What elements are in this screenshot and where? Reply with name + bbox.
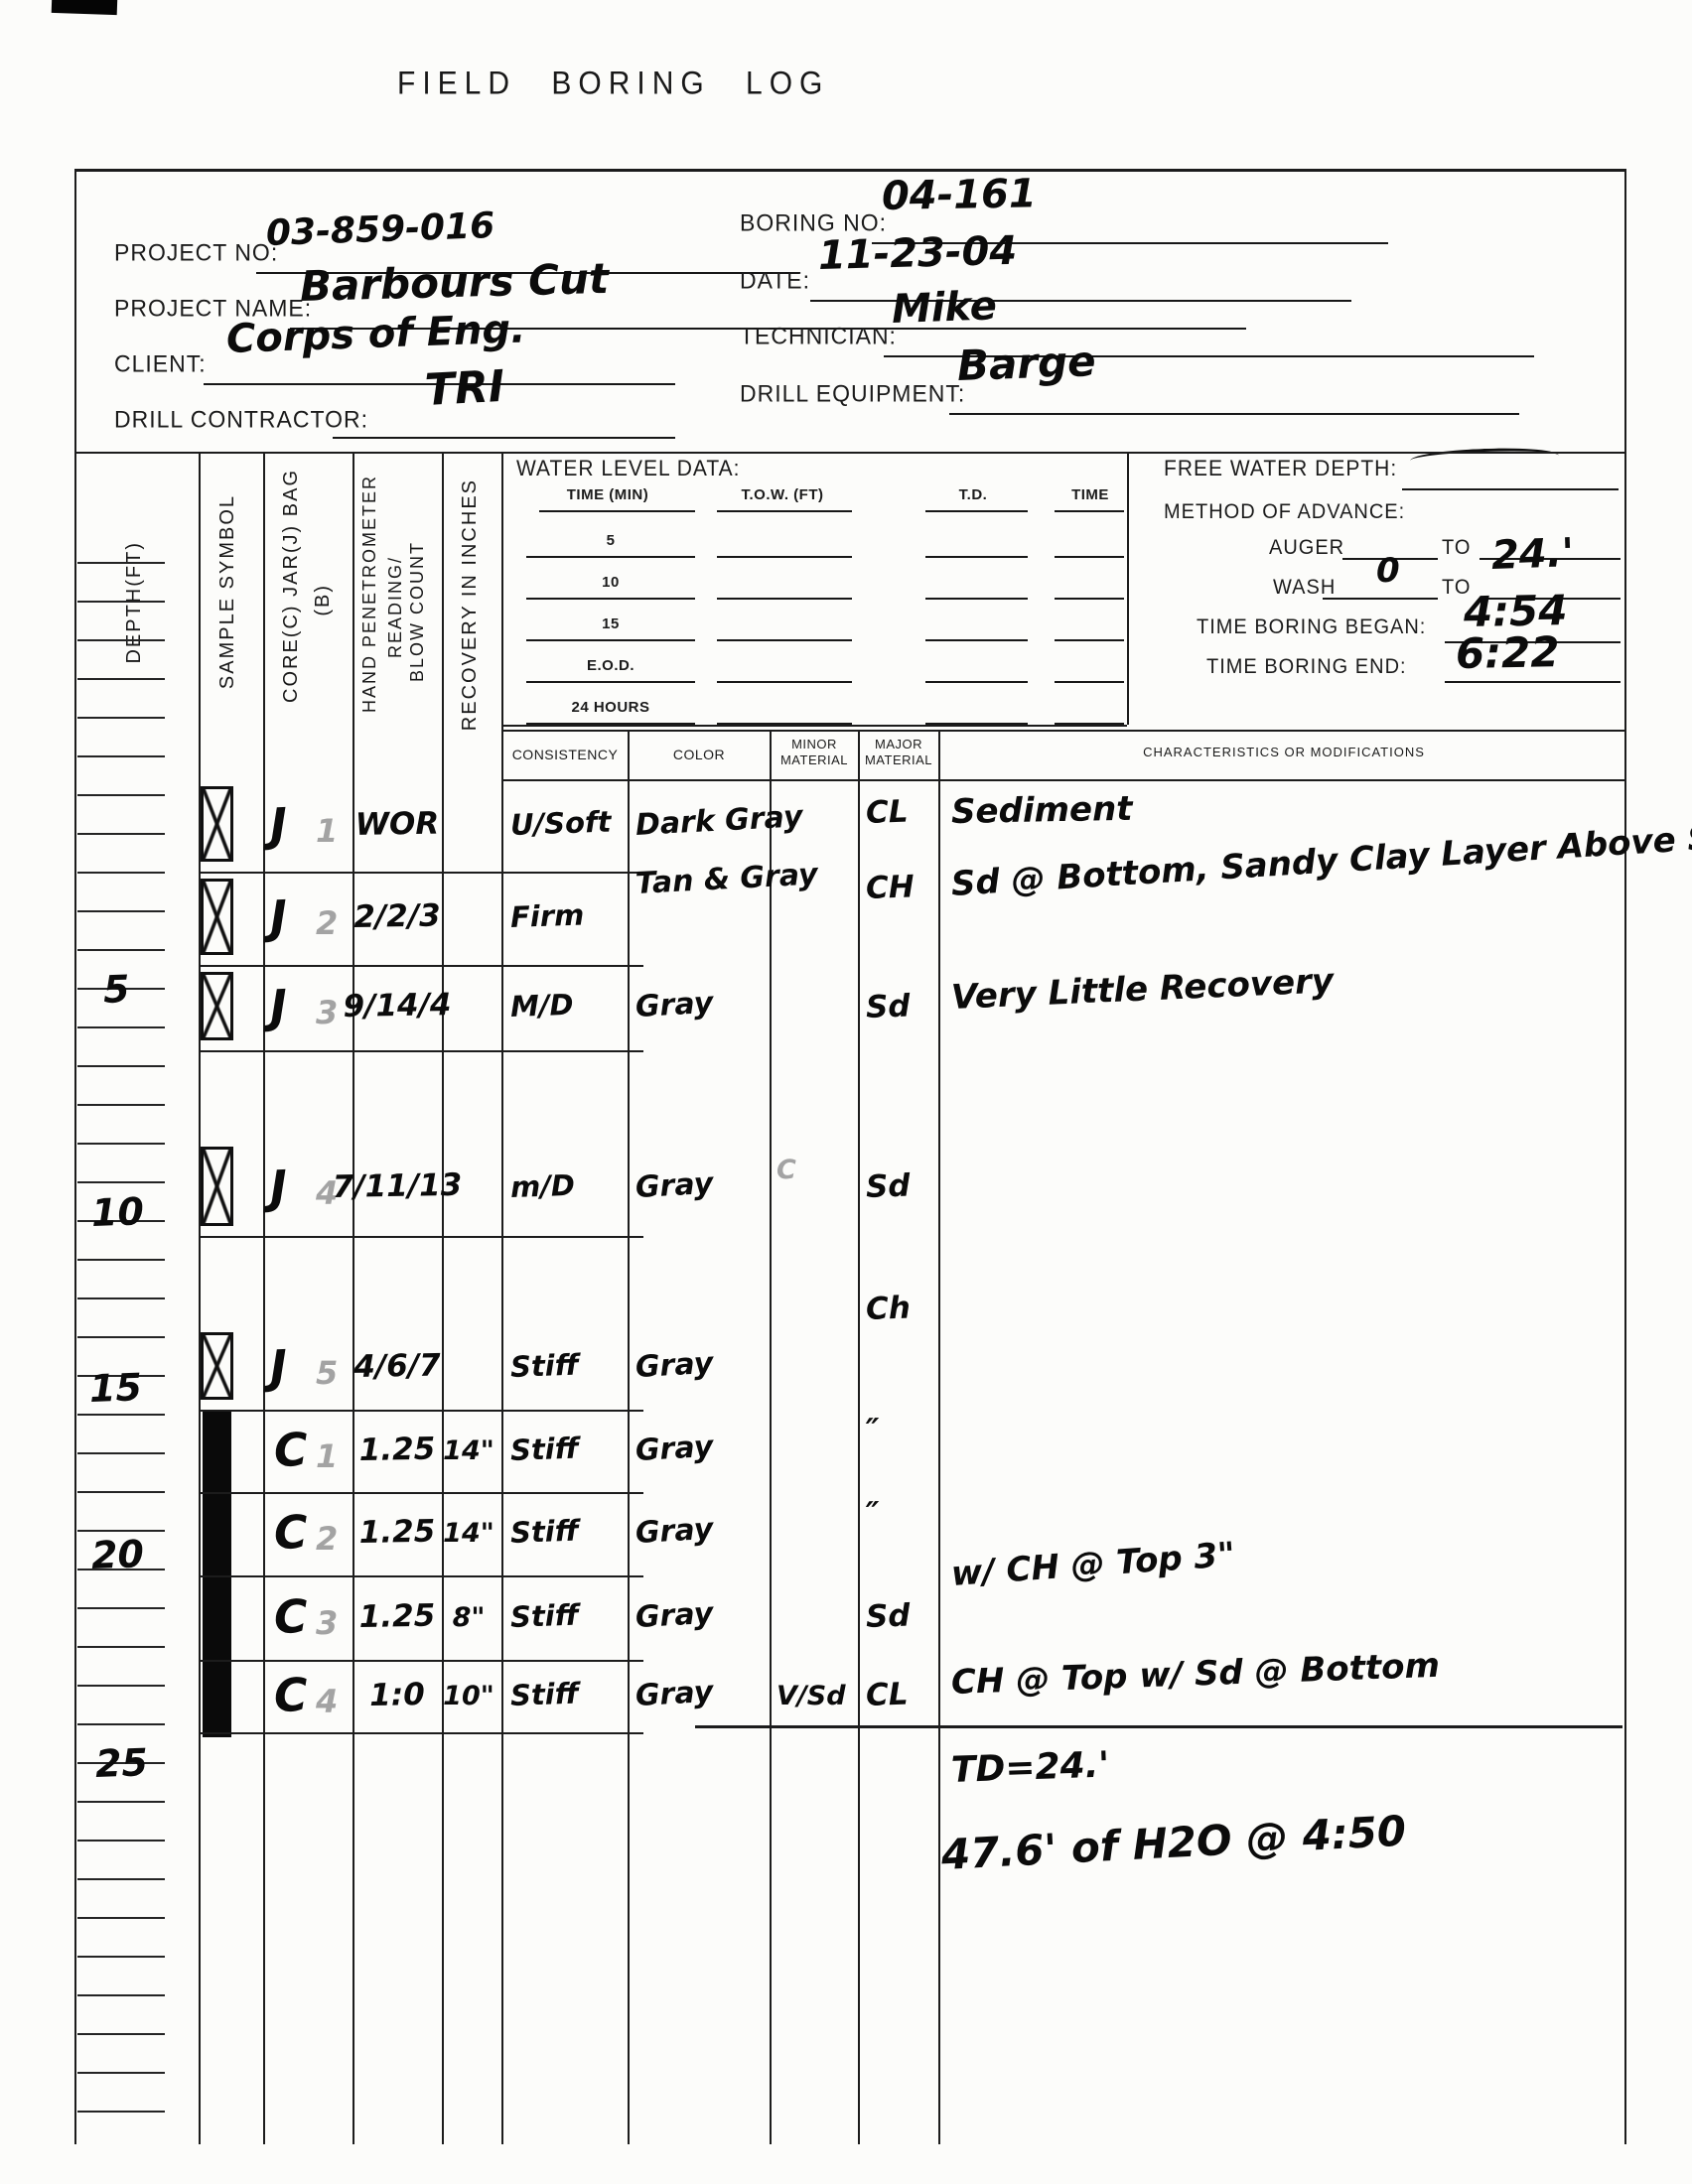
project-name-value: Barbours Cut (299, 258, 609, 308)
cell-major-material: CL (865, 797, 909, 829)
cell-penetrometer: 1.25 (358, 1600, 435, 1632)
grid-hline (501, 730, 1624, 732)
depth-tick (77, 2072, 165, 2074)
drill-contractor-value: TRI (424, 365, 505, 413)
grid-hline (501, 725, 1127, 727)
auger-to-label: TO (1442, 536, 1471, 560)
underline (717, 723, 852, 725)
cell-minor-material: V/Sd (776, 1683, 846, 1709)
wash-to-value: 24.' (1490, 533, 1574, 576)
sample-number: 4 (316, 1686, 338, 1717)
date-value: 11-23-04 (817, 231, 1017, 276)
row-line (199, 1575, 643, 1577)
log-header-major-material: MAJOR MATERIAL (861, 737, 936, 767)
cell-color: Gray (634, 1677, 714, 1710)
cell-penetrometer: 1.25 (358, 1517, 435, 1549)
cell-recovery: 8" (453, 1604, 486, 1631)
log-header-color: COLOR (630, 747, 769, 763)
time-began-label: TIME BORING BEGAN: (1197, 615, 1426, 639)
sample-number: 3 (316, 1607, 338, 1639)
cell-characteristics: w/ CH @ Top 3" (950, 1538, 1236, 1591)
cell-penetrometer: 7/11/13 (332, 1169, 462, 1202)
grid-vline (199, 452, 201, 2144)
water-col-header: TIME (MIN) (538, 486, 677, 503)
underline (526, 556, 695, 558)
grid-hline (695, 1725, 1622, 1728)
sample-number: 2 (316, 1523, 338, 1555)
col-header-sample-symbol: SAMPLE SYMBOL (216, 494, 239, 689)
wash-from-value: 0 (1376, 554, 1400, 588)
cell-major-material: ″ (865, 1416, 880, 1446)
underline (1055, 723, 1124, 725)
depth-tick (77, 2111, 165, 2113)
depth-label: 20 (90, 1535, 144, 1574)
depth-tick (77, 1840, 165, 1842)
depth-tick (77, 639, 165, 641)
underline (526, 723, 695, 725)
free-water-depth-label: FREE WATER DEPTH: (1164, 457, 1397, 481)
drill-equipment-value: Barge (956, 341, 1096, 387)
underline (1402, 488, 1619, 490)
sample-number: 3 (316, 997, 338, 1028)
auger-label: AUGER (1269, 536, 1344, 560)
depth-tick (77, 1065, 165, 1067)
water-col-header: T.O.W. (FT) (713, 486, 852, 503)
row-line (199, 965, 643, 967)
cell-recovery: 14" (443, 1437, 494, 1464)
sample-symbol-x (201, 879, 233, 955)
client-value: Corps of Eng. (225, 309, 526, 358)
sample-symbol-x (201, 972, 233, 1040)
page-title: FIELD BORING LOG (397, 67, 829, 103)
cell-consistency: Stiff (509, 1433, 579, 1464)
cell-major-material: Ch (865, 1293, 911, 1325)
depth-tick (77, 1646, 165, 1648)
grid-vline (770, 730, 772, 2144)
cell-major-material: CL (865, 1680, 909, 1711)
grid-vline (938, 730, 940, 2144)
cell-color: Gray (634, 1598, 714, 1632)
depth-tick (77, 1104, 165, 1106)
depth-tick (77, 717, 165, 719)
underline (333, 437, 675, 439)
row-line (199, 1732, 643, 1734)
underline (1323, 598, 1438, 600)
grid-hline (74, 169, 1624, 172)
row-line (199, 1236, 643, 1238)
underline (526, 639, 695, 641)
water-col-header: TIME (1021, 486, 1160, 503)
underline (717, 639, 852, 641)
cell-penetrometer: 4/6/7 (353, 1350, 441, 1383)
depth-tick (77, 2033, 165, 2035)
sample-letter: C (273, 1592, 308, 1639)
depth-tick (77, 1917, 165, 1919)
sample-letter: J (269, 801, 288, 848)
depth-tick (77, 1452, 165, 1454)
underline (1055, 639, 1124, 641)
wash-label: WASH (1273, 576, 1336, 600)
depth-label: 10 (90, 1192, 144, 1232)
technician-label: TECHNICIAN: (740, 322, 897, 350)
cell-color: Gray (634, 989, 714, 1023)
depth-tick (77, 678, 165, 680)
grid-vline (1624, 169, 1626, 2144)
depth-tick (77, 1297, 165, 1299)
cell-consistency: Stiff (509, 1679, 579, 1709)
cell-color: Gray (634, 1432, 714, 1465)
method-of-advance-label: METHOD OF ADVANCE: (1164, 500, 1405, 524)
depth-tick (77, 1143, 165, 1145)
technician-value: Mike (891, 286, 997, 330)
water-row-label: 15 (541, 615, 680, 632)
underline (717, 681, 852, 683)
cell-consistency: m/D (509, 1170, 575, 1201)
depth-tick (77, 833, 165, 835)
log-header-minor-material: MINOR MATERIAL (773, 737, 856, 767)
cell-color: Gray (634, 1168, 714, 1202)
row-line (199, 872, 643, 874)
cell-consistency: Stiff (509, 1600, 579, 1631)
water-row-label: E.O.D. (541, 657, 680, 674)
cell-recovery: 10" (443, 1683, 494, 1709)
cell-color: Dark Gray (634, 802, 803, 841)
depth-tick (77, 794, 165, 796)
total-depth-note: TD=24.' (950, 1747, 1110, 1789)
depth-tick (77, 1181, 165, 1183)
cell-characteristics: CH @ Top w/ Sd @ Bottom (950, 1648, 1440, 1699)
depth-tick (77, 1723, 165, 1725)
grid-vline (501, 452, 503, 2144)
underline (717, 556, 852, 558)
project-no-value: 03-859-016 (265, 208, 494, 252)
cell-characteristics: Very Little Recovery (950, 964, 1334, 1015)
depth-label: 5 (102, 970, 130, 1009)
depth-tick (77, 1336, 165, 1338)
client-label: CLIENT: (114, 349, 207, 378)
cell-consistency: Stiff (509, 1517, 579, 1548)
underline (526, 598, 695, 600)
sample-letter: J (269, 1163, 288, 1210)
col-header-penetrometer-3: BLOW COUNT (407, 541, 428, 682)
depth-tick (77, 1414, 165, 1416)
underline (1445, 681, 1621, 683)
drill-equipment-label: DRILL EQUIPMENT: (740, 379, 965, 408)
cell-color: Tan & Gray (634, 860, 818, 899)
cell-color: Gray (634, 1348, 714, 1382)
sample-number: 1 (316, 815, 338, 847)
underline (1055, 598, 1124, 600)
cell-penetrometer: 1.25 (358, 1433, 435, 1465)
cell-penetrometer: 9/14/4 (343, 990, 451, 1023)
depth-label: 25 (94, 1743, 148, 1783)
log-header-consistency: CONSISTENCY (504, 747, 626, 763)
log-header-characteristics: CHARACTERISTICS OR MODIFICATIONS (943, 745, 1624, 760)
boring-no-value: 04-161 (882, 174, 1037, 216)
time-end-label: TIME BORING END: (1206, 655, 1407, 679)
sample-letter: J (269, 983, 288, 1029)
free-water-depth-mark (1410, 446, 1560, 470)
row-line (199, 1492, 643, 1494)
cell-consistency: Stiff (509, 1350, 579, 1381)
cell-color: Gray (634, 1515, 714, 1549)
col-header-recovery: RECOVERY IN INCHES (459, 478, 482, 731)
depth-tick (77, 949, 165, 951)
sample-letter: C (273, 1509, 308, 1556)
sample-number: 2 (316, 907, 338, 939)
underline (717, 598, 852, 600)
depth-tick (77, 601, 165, 603)
depth-tick (77, 562, 165, 564)
depth-tick (77, 1607, 165, 1609)
depth-tick (77, 1026, 165, 1028)
grid-vline (263, 452, 265, 2144)
depth-tick (77, 1491, 165, 1493)
cell-consistency: Firm (509, 900, 584, 932)
underline (717, 510, 852, 512)
depth-tick (77, 910, 165, 912)
cell-penetrometer: 1:0 (369, 1680, 425, 1711)
depth-tick (77, 1801, 165, 1803)
underline (925, 681, 1028, 683)
sample-letter: C (273, 1426, 308, 1472)
water-row-label: 24 HOURS (541, 699, 680, 716)
grid-vline (442, 452, 444, 2144)
grid-hline (74, 452, 1624, 454)
underline (925, 598, 1028, 600)
grid-vline (352, 452, 354, 2144)
sample-letter: J (269, 893, 288, 940)
water-row-label: 5 (541, 532, 680, 549)
cell-major-material: Sd (865, 1600, 911, 1633)
grid-vline (628, 730, 630, 2144)
sample-letter: J (269, 1343, 288, 1390)
sample-number: 5 (316, 1357, 338, 1389)
cell-recovery: 14" (443, 1520, 494, 1547)
drill-contractor-label: DRILL CONTRACTOR: (114, 405, 368, 434)
project-no-label: PROJECT NO: (114, 238, 278, 267)
water-row-label: 10 (541, 574, 680, 591)
water-depth-note: 47.6' of H2O @ 4:50 (940, 1811, 1407, 1876)
depth-tick (77, 1994, 165, 1996)
sample-letter: C (273, 1671, 308, 1717)
grid-hline (501, 779, 1624, 781)
depth-tick (77, 1878, 165, 1880)
cell-major-material: Sd (865, 991, 911, 1024)
depth-tick (77, 1685, 165, 1687)
depth-tick (77, 872, 165, 874)
underline (1055, 681, 1124, 683)
field-boring-log-document: FIELD BORING LOG PROJECT NO: 03-859-016 … (0, 0, 1692, 2184)
underline (949, 413, 1519, 415)
depth-label: 15 (88, 1368, 142, 1408)
date-label: DATE: (740, 266, 810, 295)
row-line (199, 1410, 643, 1412)
depth-tick (77, 1259, 165, 1261)
underline (1055, 556, 1124, 558)
underline (526, 681, 695, 683)
cell-major-material: ″ (865, 1498, 880, 1529)
cell-penetrometer: WOR (355, 808, 440, 840)
sample-symbol-x (201, 1332, 233, 1400)
row-line (199, 1050, 643, 1052)
sample-symbol-x (201, 1147, 233, 1226)
underline (925, 510, 1028, 512)
col-header-core-jar-bag-b: (B) (312, 584, 335, 616)
sample-symbol-x (201, 786, 233, 862)
scan-artifact (52, 0, 118, 15)
underline (925, 723, 1028, 725)
underline (925, 639, 1028, 641)
col-header-penetrometer-2: READING/ (385, 556, 406, 658)
water-level-title: WATER LEVEL DATA: (516, 457, 740, 481)
cell-characteristics: Sediment (951, 791, 1133, 828)
cell-major-material: Sd (865, 1170, 911, 1203)
grid-vline (74, 169, 76, 2144)
col-header-penetrometer: HAND PENETROMETER (359, 475, 380, 713)
depth-tick (77, 1956, 165, 1958)
core-sample-bar (203, 1412, 231, 1737)
cell-consistency: U/Soft (509, 807, 611, 840)
col-header-core-jar-bag: CORE(C) JAR(J) BAG (280, 469, 303, 703)
row-line (199, 1660, 643, 1662)
depth-tick (77, 1530, 165, 1532)
depth-tick (77, 755, 165, 757)
time-end-value: 6:22 (1456, 631, 1560, 675)
cell-minor-material: C (776, 1157, 796, 1183)
underline (539, 510, 695, 512)
cell-consistency: M/D (509, 991, 574, 1022)
underline (1055, 510, 1124, 512)
cell-major-material: CH (865, 872, 915, 904)
cell-penetrometer: 2/2/3 (353, 900, 441, 933)
underline (925, 556, 1028, 558)
sample-number: 1 (316, 1440, 338, 1472)
grid-vline (858, 730, 860, 2144)
